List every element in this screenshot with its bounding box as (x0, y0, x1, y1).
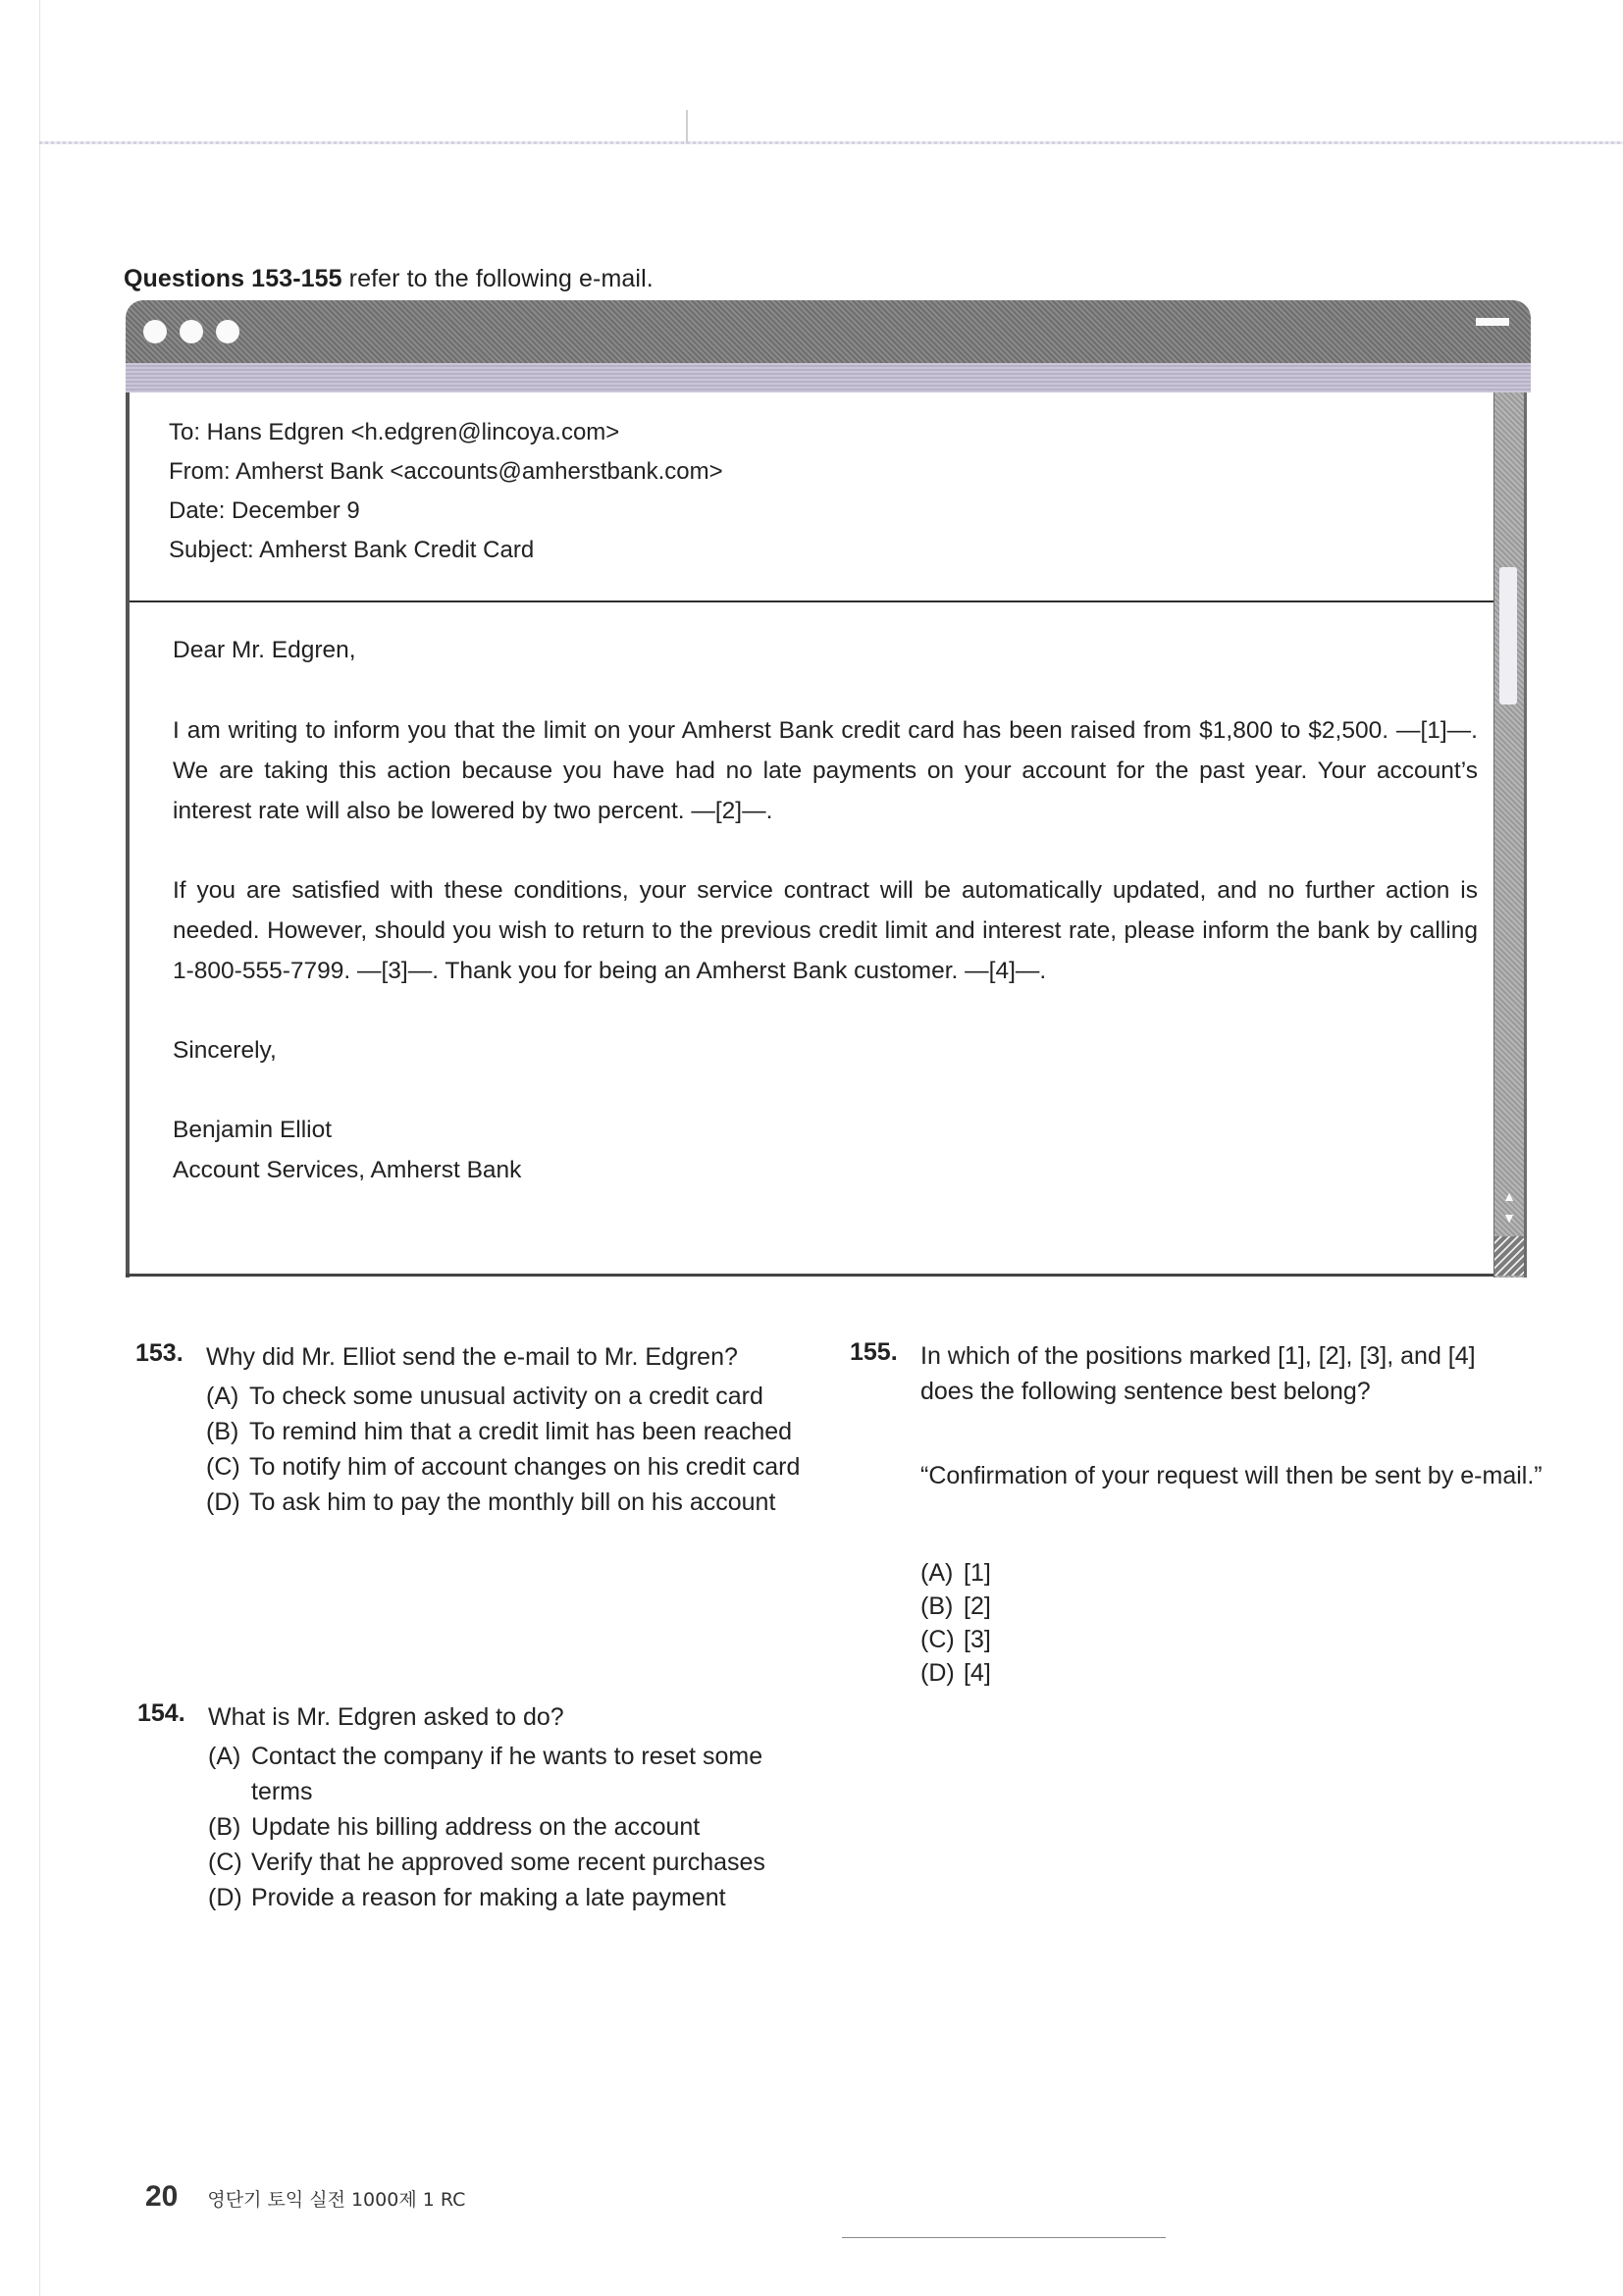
option-letter: (A) (920, 1556, 964, 1590)
answer-option: (B)To remind him that a credit limit has… (206, 1414, 814, 1449)
option-letter: (C) (920, 1623, 964, 1656)
option-letter: (B) (208, 1809, 251, 1845)
window-frame-bottom (126, 1274, 1499, 1277)
answer-option: (A)Contact the company if he wants to re… (208, 1739, 816, 1809)
intro-text: refer to the following e-mail. (342, 265, 654, 292)
book-title: 영단기 토익 실전 1000제 1 RC (207, 2185, 465, 2212)
email-from: From: Amherst Bank <accounts@amherstbank… (169, 452, 723, 492)
answer-option: (B)[2] (920, 1590, 1215, 1623)
question-number: 153. (135, 1339, 183, 1368)
scan-edge (39, 0, 40, 2296)
option-letter: (C) (206, 1449, 249, 1485)
answer-option: (C)Verify that he approved some recent p… (208, 1845, 816, 1880)
email-closing: Sincerely, (173, 1030, 1478, 1070)
answer-option: (D)[4] (920, 1656, 1215, 1690)
email-greeting: Dear Mr. Edgren, (173, 630, 1478, 670)
option-text: Contact the company if he wants to reset… (251, 1739, 816, 1809)
scan-artifact-tick (686, 110, 688, 143)
option-text: Verify that he approved some recent purc… (251, 1845, 765, 1880)
option-letter: (D) (920, 1656, 964, 1690)
answer-option: (A)To check some unusual activity on a c… (206, 1379, 814, 1414)
option-letter: (B) (920, 1590, 964, 1623)
option-text: Update his billing address on the accoun… (251, 1809, 700, 1845)
page-number: 20 (145, 2180, 178, 2214)
page-footer: 20 영단기 토익 실전 1000제 1 RC (145, 2180, 465, 2214)
email-body: Dear Mr. Edgren, I am writing to inform … (173, 630, 1478, 1190)
window-dot-icon (143, 320, 167, 343)
signature-title: Account Services, Amherst Bank (173, 1150, 1478, 1190)
email-subject: Subject: Amherst Bank Credit Card (169, 531, 723, 570)
option-letter: (A) (208, 1739, 251, 1809)
email-paragraph: I am writing to inform you that the limi… (173, 710, 1478, 831)
question-number: 154. (137, 1699, 185, 1728)
scrollbar[interactable]: ▲ ▼ (1493, 392, 1527, 1278)
signature-name: Benjamin Elliot (173, 1110, 1478, 1150)
window-dot-icon (216, 320, 239, 343)
answer-option: (B)Update his billing address on the acc… (208, 1809, 816, 1845)
question-stem: Why did Mr. Elliot send the e-mail to Mr… (206, 1339, 738, 1375)
option-letter: (A) (206, 1379, 249, 1414)
resize-grip-icon[interactable] (1494, 1236, 1524, 1276)
answer-option: (D)Provide a reason for making a late pa… (208, 1880, 816, 1915)
question-number: 155. (850, 1338, 898, 1367)
scroll-up-icon[interactable]: ▲ (1498, 1185, 1520, 1207)
window-dot-icon (180, 320, 203, 343)
answer-options: (A)Contact the company if he wants to re… (208, 1739, 816, 1915)
option-text: To ask him to pay the monthly bill on hi… (249, 1485, 775, 1520)
option-text: To notify him of account changes on his … (249, 1449, 800, 1485)
option-text: Provide a reason for making a late payme… (251, 1880, 726, 1915)
scroll-thumb[interactable] (1499, 567, 1517, 704)
option-text: [4] (964, 1656, 991, 1690)
question-stem: In which of the positions marked [1], [2… (920, 1338, 1509, 1409)
email-date: Date: December 9 (169, 492, 723, 531)
option-letter: (D) (206, 1485, 249, 1520)
minimize-icon (1476, 318, 1509, 326)
answer-option: (D)To ask him to pay the monthly bill on… (206, 1485, 814, 1520)
passage-intro: Questions 153-155 refer to the following… (124, 265, 654, 293)
email-paragraph: If you are satisfied with these conditio… (173, 870, 1478, 991)
option-text: [2] (964, 1590, 991, 1623)
option-text: [3] (964, 1623, 991, 1656)
answer-options: (A)[1] (B)[2] (C)[3] (D)[4] (920, 1556, 1215, 1690)
option-letter: (C) (208, 1845, 251, 1880)
question-stem: What is Mr. Edgren asked to do? (208, 1699, 564, 1735)
question-range: Questions 153-155 (124, 265, 342, 292)
option-text: To remind him that a credit limit has be… (249, 1414, 792, 1449)
email-window: To: Hans Edgren <h.edgren@lincoya.com> F… (126, 300, 1531, 1278)
window-frame-left (126, 392, 130, 1278)
scroll-down-icon[interactable]: ▼ (1498, 1207, 1520, 1228)
answer-option: (C)To notify him of account changes on h… (206, 1449, 814, 1485)
option-letter: (B) (206, 1414, 249, 1449)
answer-option: (A)[1] (920, 1556, 1215, 1590)
option-letter: (D) (208, 1880, 251, 1915)
header-divider (130, 600, 1493, 602)
option-text: To check some unusual activity on a cred… (249, 1379, 763, 1414)
option-text: [1] (964, 1556, 991, 1590)
scan-artifact-line (39, 141, 1623, 144)
insert-sentence: “Confirmation of your request will then … (920, 1458, 1548, 1494)
answer-option: (C)[3] (920, 1623, 1215, 1656)
footer-rule (842, 2237, 1166, 2238)
answer-options: (A)To check some unusual activity on a c… (206, 1379, 814, 1520)
window-titlebar (126, 300, 1531, 363)
email-header: To: Hans Edgren <h.edgren@lincoya.com> F… (169, 413, 723, 570)
window-toolbar (126, 363, 1531, 392)
email-to: To: Hans Edgren <h.edgren@lincoya.com> (169, 413, 723, 452)
